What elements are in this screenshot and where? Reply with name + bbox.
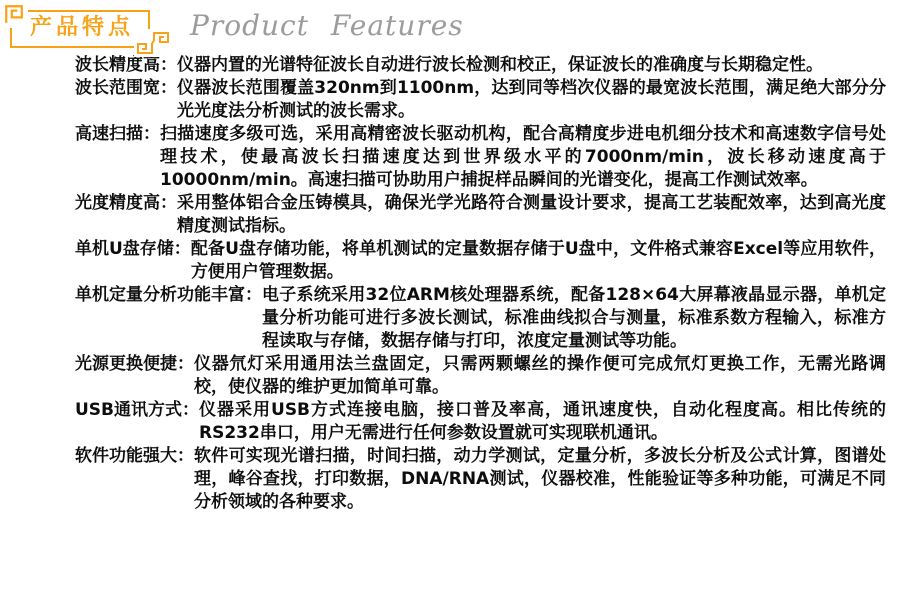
feature-label: 高速扫描： [75,123,160,146]
greek-key-ornament-icon [4,4,28,28]
feature-item: 单机定量分析功能丰富： 电子系统采用32位ARM核处理器系统，配备128×64大… [75,284,886,353]
feature-item: 波长精度高： 仪器内置的光谱特征波长自动进行波长检测和校正，保证波长的准确度与长… [75,54,886,77]
feature-text: 扫描速度多级可选，采用高精密波长驱动机构，配合高精度步进电机细分技术和高速数字信… [160,123,886,192]
feature-text: 仪器氘灯采用通用法兰盘固定，只需两颗螺丝的操作便可完成氘灯更换工作，无需光路调校… [194,353,886,399]
feature-label: 单机定量分析功能丰富： [75,284,262,307]
feature-item: 高速扫描： 扫描速度多级可选，采用高精密波长驱动机构，配合高精度步进电机细分技术… [75,123,886,192]
feature-label: 波长范围宽： [75,77,177,100]
feature-text: 仪器波长范围覆盖320nm到1100nm，达到同等档次仪器的最宽波长范围，满足绝… [177,77,886,123]
feature-text: 采用整体铝合金压铸模具，确保光学光路符合测量设计要求，提高工艺装配效率，达到高光… [177,192,886,238]
feature-label: 单机U盘存储： [75,238,191,261]
feature-label: 光源更换便捷： [75,353,194,376]
feature-text: 仪器内置的光谱特征波长自动进行波长检测和校正，保证波长的准确度与长期稳定性。 [177,54,886,77]
feature-list: 波长精度高： 仪器内置的光谱特征波长自动进行波长检测和校正，保证波长的准确度与长… [75,54,886,514]
feature-item: 光度精度高： 采用整体铝合金压铸模具，确保光学光路符合测量设计要求，提高工艺装配… [75,192,886,238]
feature-label: 波长精度高： [75,54,177,77]
product-features-title-box: 产品特点 [10,10,150,47]
feature-text: 电子系统采用32位ARM核处理器系统，配备128×64大屏幕液晶显示器，单机定量… [262,284,886,353]
page-header: 产品特点 Product Features [10,7,900,51]
feature-label: USB通讯方式： [75,399,199,422]
feature-item: USB通讯方式： 仪器采用USB方式连接电脑，接口普及率高，通讯速度快，自动化程… [75,399,886,445]
feature-label: 软件功能强大： [75,445,194,468]
page-subtitle: Product Features [190,12,464,46]
greek-key-ornament-icon [134,29,172,57]
feature-item: 单机U盘存储： 配备U盘存储功能，将单机测试的定量数据存储于U盘中，文件格式兼容… [75,238,886,284]
feature-item: 光源更换便捷： 仪器氘灯采用通用法兰盘固定，只需两颗螺丝的操作便可完成氘灯更换工… [75,353,886,399]
feature-item: 波长范围宽： 仪器波长范围覆盖320nm到1100nm，达到同等档次仪器的最宽波… [75,77,886,123]
feature-text: 仪器采用USB方式连接电脑，接口普及率高，通讯速度快，自动化程度高。相比传统的R… [199,399,886,445]
feature-item: 软件功能强大： 软件可实现光谱扫描，时间扫描，动力学测试，定量分析，多波长分析及… [75,445,886,514]
feature-label: 光度精度高： [75,192,177,215]
feature-text: 配备U盘存储功能，将单机测试的定量数据存储于U盘中，文件格式兼容Excel等应用… [191,238,886,284]
feature-text: 软件可实现光谱扫描，时间扫描，动力学测试，定量分析，多波长分析及公式计算，图谱处… [194,445,886,514]
page-title: 产品特点 [30,15,134,40]
